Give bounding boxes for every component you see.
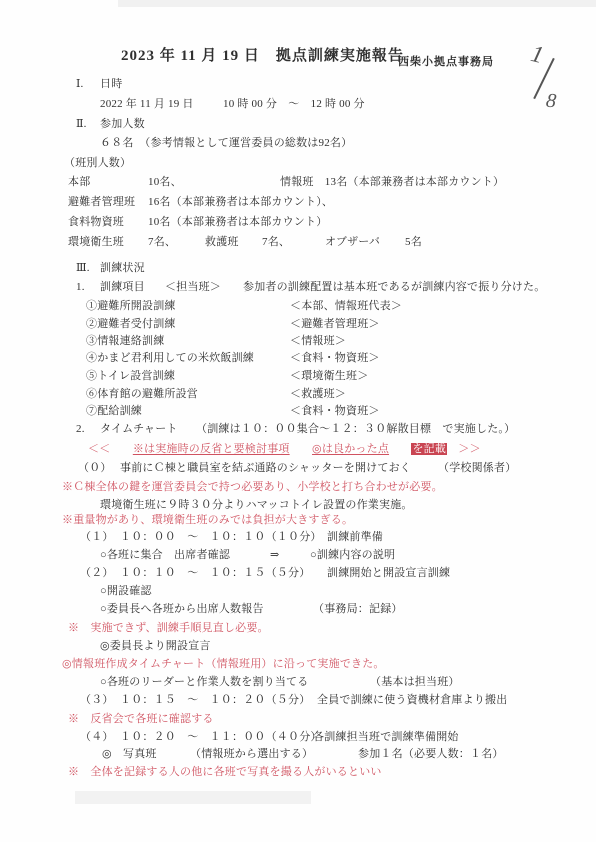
text-col: （班別人数）: [64, 157, 131, 170]
text-col: 1.: [76, 281, 85, 294]
text-col: 参加１名（必要人数：１名）: [358, 748, 504, 761]
text-col: ＜担当班＞: [165, 281, 221, 294]
text-col: （学校関係者）: [438, 462, 516, 475]
text-col: （情報班から選出する）: [190, 748, 313, 761]
legend-segment: ＜＜: [88, 443, 133, 455]
text-col: 7名、: [262, 236, 290, 249]
text-col: （事務局：記録）: [313, 603, 403, 616]
text-col: 日時: [100, 78, 122, 91]
text-col: ６８名 （参考情報として運営委員の総数は92名）: [100, 137, 352, 150]
text-col: 全員で訓練に使う資機材倉庫より搬出: [317, 694, 507, 707]
text-col: 情報班 13名（本部兼務者は本部カウント）: [280, 176, 504, 189]
text-col: ＜＜ ※は実施時の反省と要検討事項 ◎は良かった点 を記載 ＞＞: [88, 443, 481, 456]
text-col: ＜食料・物資班＞: [290, 405, 380, 418]
text-col: １０：１０ ～ １０：１５（５分）: [120, 567, 310, 580]
text-col: 事前にＣ棟と職員室を結ぶ通路のシャッターを開けておく: [120, 462, 411, 475]
text-col: Ⅰ.: [76, 78, 84, 91]
text-col: ◎情報班作成タイムチャート（情報班用）に沿って実施できた。: [62, 658, 385, 671]
legend-highlight: を記載: [411, 443, 447, 455]
text-col: ○各班に集合 出席者確認: [100, 549, 230, 562]
text-col: ⇒: [270, 549, 279, 562]
text-col: タイムチャート: [100, 423, 178, 436]
text-col: オブザーバ: [325, 236, 380, 249]
text-col: 訓練状況: [100, 262, 145, 275]
text-col: ＜救護班＞: [290, 388, 346, 401]
text-col: ○訓練内容の説明: [310, 549, 395, 562]
text-col: 環境衛生班に９時３０分よりハマッコトイレ設置の作業実施。: [100, 499, 413, 512]
text-col: ○各班のリーダーと作業人数を割り当てる: [100, 676, 308, 689]
text-col: ＜食料・物資班＞: [290, 352, 380, 365]
text-col: 10名（本部兼務者は本部カウント）: [148, 216, 327, 229]
text-col: 10 時 00 分 ～ 12 時 00 分: [223, 98, 365, 111]
text-col: 5名: [405, 236, 422, 249]
text-col: ②避難者受付訓練: [86, 318, 176, 331]
handwritten-page-number-denominator: 8: [545, 90, 557, 114]
text-col: ※ 実施できず、訓練手順見直し必要。: [68, 622, 269, 635]
text-col: 参加人数: [100, 118, 145, 131]
text-col: 各訓練担当班で訓練準備開始: [313, 731, 459, 744]
text-col: ※重量物があり、環境衛生班のみでは負担が大きすぎる。: [62, 514, 353, 527]
text-col: ◎委員長より開設宣言: [100, 640, 211, 653]
text-col: ⑦配給訓練: [86, 405, 142, 418]
text-col: 16名（本部兼務者は本部カウント）、: [148, 196, 333, 209]
legend-segment: ※は実施時の反省と要検討事項: [133, 443, 290, 455]
text-col: （３）: [80, 694, 114, 707]
scanned-report-page: 2023 年 11 月 19 日 拠点訓練実施報告 西柴小拠点事務局 1 8 Ⅰ…: [0, 0, 596, 842]
text-col: （０）: [78, 462, 112, 475]
office-name: 西柴小拠点事務局: [398, 53, 494, 69]
text-col: 環境衛生班: [68, 236, 124, 249]
text-col: ＜情報班＞: [290, 335, 346, 348]
text-col: ⑥体育館の避難所設営: [86, 388, 198, 401]
handwritten-page-number-numerator: 1: [528, 41, 546, 70]
text-col: 訓練項目: [100, 281, 145, 294]
text-col: 2.: [76, 423, 85, 436]
text-col: （１）: [80, 531, 114, 544]
text-col: ※ 反省会で各班に確認する: [68, 713, 214, 726]
text-col: ◎ 写真班: [102, 748, 157, 761]
text-col: （基本は担当班）: [370, 676, 460, 689]
text-col: 訓練前準備: [327, 531, 383, 544]
text-col: 避難者管理班: [68, 196, 135, 209]
text-col: 7名、: [148, 236, 176, 249]
text-col: ○委員長へ各班から出席人数報告: [100, 603, 264, 616]
text-col: ⑤トイレ設営訓練: [86, 370, 175, 383]
scan-artifact-bottom-band: [75, 791, 311, 804]
text-col: 10名、: [148, 176, 182, 189]
text-col: 救護班: [205, 236, 239, 249]
text-col: 本部: [68, 176, 90, 189]
text-col: 訓練開始と開設宣言訓練: [327, 567, 450, 580]
text-col: ※Ｃ棟全体の鍵を運営委員会で持つ必要あり、小学校と打ち合わせが必要。: [62, 481, 443, 494]
text-col: ＜本部、情報班代表＞: [290, 300, 402, 313]
scan-artifact-top-band: [118, 0, 596, 7]
legend-segment: [290, 443, 312, 455]
report-title: 2023 年 11 月 19 日 拠点訓練実施報告: [121, 44, 404, 65]
text-col: １０：２０ ～ １１：００（４０分）: [120, 731, 322, 744]
text-col: Ⅱ.: [76, 118, 87, 131]
text-col: （４）: [80, 731, 114, 744]
text-col: 参加者の訓練配置は基本班であるが訓練内容で振り分けた。: [243, 281, 545, 294]
text-col: 食料物資班: [68, 216, 124, 229]
text-col: １０：１５ ～ １０：２０（５分）: [120, 694, 310, 707]
text-col: ＜環境衛生班＞: [290, 370, 368, 383]
text-col: （訓練は１０：００集合～１２：３０解散目標 で実施した。）: [196, 423, 515, 436]
text-col: ③情報連絡訓練: [86, 335, 164, 348]
legend-segment: ◎は良かった点: [312, 443, 389, 455]
text-col: ①避難所開設訓練: [86, 300, 176, 313]
text-col: ※ 全体を記録する人の他に各班で写真を撮る人がいるといい: [68, 766, 382, 779]
text-col: Ⅲ.: [76, 262, 90, 275]
text-col: 2022 年 11 月 19 日: [100, 98, 194, 111]
legend-segment: ＞＞: [447, 443, 481, 455]
text-col: ○開設確認: [100, 585, 152, 598]
text-col: （２）: [80, 567, 114, 580]
legend-segment: [389, 443, 411, 455]
text-col: １０：００ ～ １０：１０（１０分）: [120, 531, 322, 544]
text-col: ＜避難者管理班＞: [290, 318, 380, 331]
text-col: ④かまど君利用しての米炊飯訓練: [86, 352, 254, 365]
